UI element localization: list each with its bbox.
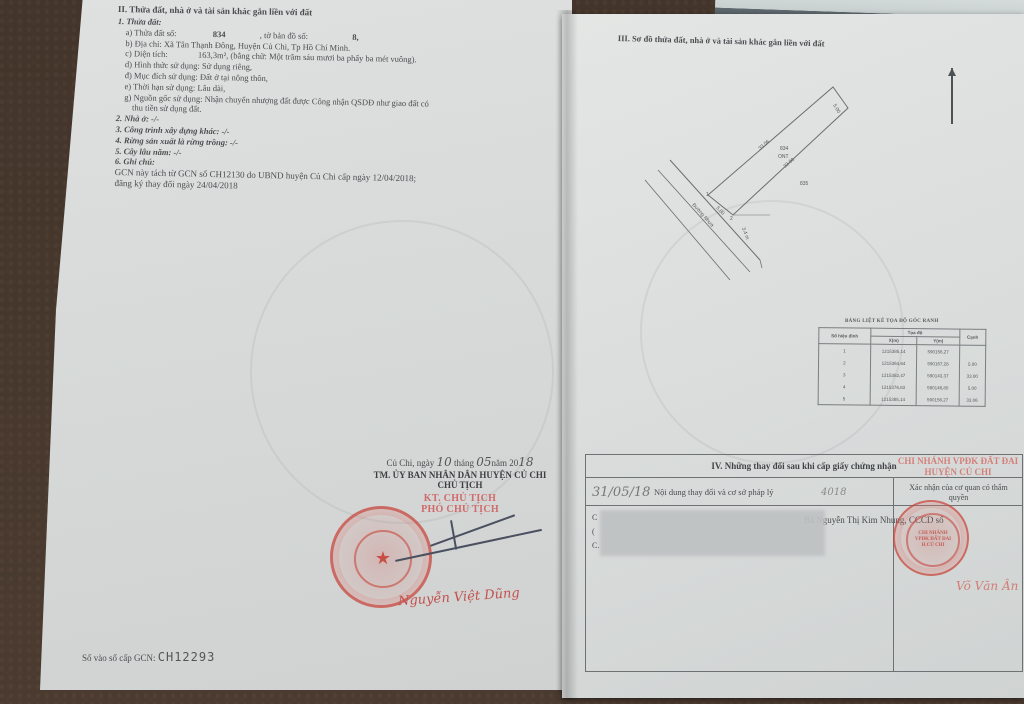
cell-x: 1215382,47	[870, 369, 917, 381]
cell-y: 590143,37	[917, 369, 960, 381]
north-arrow-icon	[951, 68, 953, 124]
parcel-type: ONT	[778, 154, 789, 160]
col-confirm-header: Xác nhận của cơ quan có thẩm quyền	[901, 483, 1016, 503]
sign-year: 18	[518, 455, 533, 469]
usage-form-value: Sử dụng riêng,	[202, 61, 252, 72]
cell-id: 5	[818, 392, 870, 405]
authority-title: TM. ỦY BAN NHÂN DÂN HUYỆN CỦ CHI	[330, 470, 590, 480]
usage-form-label: d) Hình thức sử dụng:	[125, 59, 200, 71]
parcel-number-label: a) Thửa đất số:	[126, 27, 177, 38]
sign-date-line: Củ Chi, ngày 10 tháng 05năm 2018	[330, 455, 590, 469]
cell-edge: 5.00	[959, 382, 985, 394]
land-details: 1. Thửa đất: a) Thửa đất số: 834 , tờ bả…	[114, 16, 430, 195]
cell-id: 1	[819, 344, 871, 357]
edge-length: 5.00	[831, 103, 841, 115]
col-vertex: Số hiệu đỉnh	[819, 328, 871, 345]
parcel-number: 834	[213, 29, 226, 39]
cell-y: 590146,80	[916, 381, 959, 393]
register-number: CH12293	[158, 650, 216, 664]
col-edge: Cạnh	[959, 329, 985, 345]
parcel-label: 834	[780, 146, 789, 152]
seal-inner-ring: CHI NHÁNHVPĐK ĐẤT ĐAIH.CỦ CHI	[906, 513, 960, 567]
coordinate-table: Số hiệu đỉnh Tọa độ Cạnh X(m) Y(m) 1 121…	[818, 327, 987, 407]
register-label: Số vào sổ cấp GCN:	[82, 653, 156, 663]
setback-label: 3.4 m	[740, 227, 750, 241]
usage-purpose-value: Đất ở tại nông thôn,	[200, 72, 268, 83]
col-content-header: Nội dung thay đổi và cơ sở pháp lý	[654, 487, 773, 497]
cell-y: 590156,27	[916, 393, 959, 406]
sign-year-label: năm 20	[492, 458, 519, 468]
confirm-signer: Võ Văn Ân	[956, 579, 1018, 593]
redacted-area	[600, 510, 825, 556]
edge-length: 33.06	[757, 139, 771, 152]
address-label: b) Địa chỉ:	[125, 38, 162, 49]
usage-term-label: e) Thời hạn sử dụng:	[124, 81, 195, 92]
cell-id: 2	[818, 356, 870, 369]
sign-day: 10	[436, 455, 451, 469]
change-date: 31/05/18	[592, 485, 650, 500]
usage-purpose-label: đ) Mục đích sử dụng:	[125, 70, 198, 82]
cell-y: 590156,27	[917, 345, 960, 358]
sign-place: Củ Chi, ngày	[386, 458, 434, 468]
register-number-line: Số vào sổ cấp GCN: CH12293	[82, 650, 215, 664]
confirm-office: CHI NHÁNH VPĐK ĐẤT ĐAI HUYỆN CỦ CHI	[893, 456, 1023, 478]
edge-length: 5.00	[715, 205, 726, 216]
cell-id: 4	[818, 380, 870, 393]
cell-edge: 5.00	[959, 358, 985, 370]
change-number: 4018	[821, 487, 846, 498]
signature-block: Củ Chi, ngày 10 tháng 05năm 2018 TM. ỦY …	[330, 455, 590, 515]
sign-month: 05	[476, 455, 491, 469]
point-label: 2	[730, 216, 733, 222]
coord-table-title: BẢNG LIỆT KÊ TỌA ĐỘ GÓC RANH	[845, 319, 939, 324]
cell-id: 3	[818, 368, 870, 381]
cell-y: 590167,28	[917, 357, 960, 369]
branch-seal-stamp: CHI NHÁNHVPĐK ĐẤT ĐAIH.CỦ CHI	[893, 500, 969, 576]
row-marker: C.	[592, 541, 599, 550]
neighbor-label: 835	[800, 181, 809, 187]
cell-x: 1215364,64	[870, 357, 917, 369]
point-label: 1	[706, 192, 709, 198]
cell-x: 1215385,14	[870, 393, 917, 406]
parcel-diagram: 33.06 33.00 5.00 5.00 834 ONT 835 Đường …	[630, 80, 850, 280]
area-label: c) Diện tích:	[125, 49, 168, 60]
cell-x: 1215376,83	[870, 381, 917, 393]
on-behalf-title: KT. CHỦ TỊCH	[330, 493, 590, 504]
origin-label: g) Nguồn gốc sử dụng:	[124, 92, 202, 104]
table-row: 5 1215385,14 590156,27 33.06	[818, 392, 985, 406]
page-fold	[556, 10, 578, 700]
header-divider	[586, 505, 1022, 506]
usage-term-value: Lâu dài,	[197, 82, 225, 93]
map-sheet: 8,	[352, 32, 359, 42]
map-sheet-label: , tờ bản đồ số:	[260, 30, 308, 41]
cell-edge	[959, 345, 985, 358]
cell-edge: 33.00	[959, 370, 985, 382]
cell-x: 1215385,14	[870, 344, 917, 357]
chairman-title: CHỦ TỊCH	[330, 480, 590, 490]
row-marker: (	[592, 527, 595, 536]
cell-edge: 33.06	[959, 394, 985, 407]
column-divider	[893, 477, 894, 671]
sign-month-label: tháng	[454, 458, 474, 468]
row-marker: C	[592, 513, 597, 522]
